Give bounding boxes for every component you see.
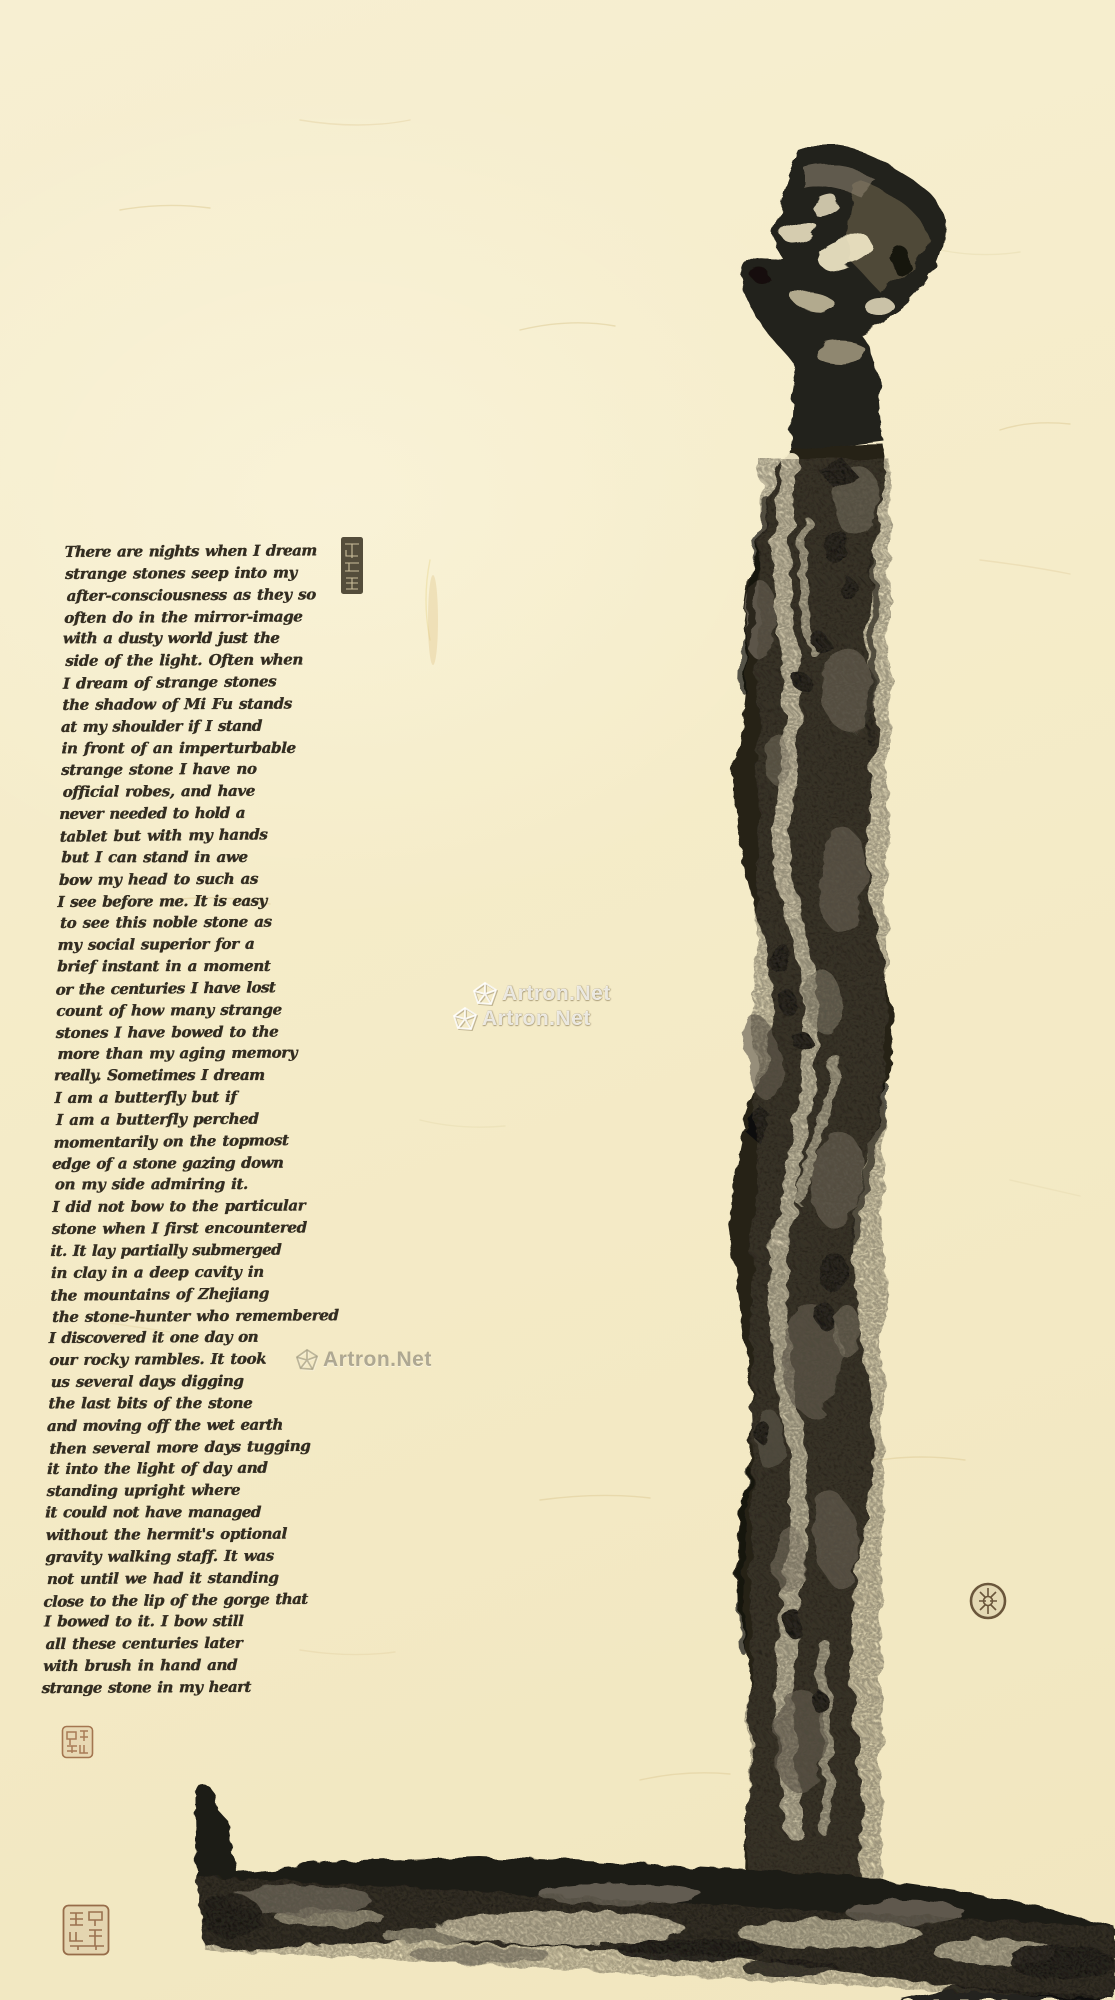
seal-red-lower-1 [63, 1727, 93, 1758]
inscription-line: it. It lay partially submerged [50, 1239, 351, 1263]
inscription-line: stones I have bowed to the [56, 1021, 356, 1045]
inscription-line: not until we had it standing [47, 1567, 345, 1591]
inscription-line: count of how many strange [56, 999, 356, 1023]
artwork-canvas: There are nights when I dreamstrange sto… [0, 0, 1115, 2000]
inscription-line: at my shoulder if I stand [61, 715, 362, 739]
rock-head [742, 146, 945, 454]
inscription-line: without the hermit's optional [45, 1523, 345, 1547]
inscription-line: in front of an imperturbable [61, 737, 361, 759]
inscription-line: I discovered it one day on [48, 1326, 349, 1350]
inscription-line: the shadow of Mi Fu stands [62, 693, 362, 717]
inscription-line: I did not bow to the particular [52, 1195, 352, 1219]
inscription-line: then several more days tugging [49, 1435, 347, 1460]
inscription-line: side of the light. Often when [65, 649, 363, 673]
inscription-line: and moving off the wet earth [47, 1414, 348, 1438]
inscription-line: bow my head to such as [59, 868, 359, 892]
inscription-line: it into the light of day and [47, 1458, 347, 1482]
inscription-line: tablet but with my hands [60, 823, 360, 848]
inscription-line: There are nights when I dream [64, 540, 365, 564]
inscription-line: stone when I first encountered [52, 1217, 352, 1241]
inscription-line: with brush in hand and [43, 1654, 343, 1678]
inscription-line: us several days digging [51, 1370, 349, 1394]
inscription-line: the stone-hunter who remembered [52, 1305, 350, 1329]
inscription-line: often do in the mirror-image [64, 606, 364, 630]
inscription-line: I bowed to it. I bow still [44, 1611, 344, 1633]
inscription-line: or the centuries I have lost [55, 976, 356, 1001]
inscription-line: I am a butterfly perched [56, 1108, 354, 1132]
rock-base [195, 1783, 1115, 2000]
inscription-line: our rocky rambles. It took [49, 1348, 349, 1372]
inscription-line: momentarily on the topmost [53, 1129, 353, 1154]
inscription-line: official robes, and have [62, 780, 360, 804]
inscription-line: never needed to hold a [59, 802, 360, 826]
inscription-line: the mountains of Zhejiang [50, 1282, 350, 1307]
inscription-line: in clay in a deep cavity in [51, 1261, 351, 1285]
inscription-line: more than my aging memory [57, 1042, 355, 1066]
inscription-line: to see this noble stone as [60, 911, 358, 935]
inscription-line: edge of a stone gazing down [52, 1152, 353, 1176]
inscription-line: strange stone in my heart [41, 1676, 342, 1700]
paper-stain [428, 575, 438, 665]
rock-column [728, 445, 894, 1892]
inscription-line: really. Sometimes I dream [54, 1065, 355, 1087]
inscription-line: strange stones seep into my [65, 562, 365, 586]
inscription-line: after-consciousness as they so [66, 584, 364, 608]
inscription-line: it could not have managed [45, 1502, 346, 1524]
inscription-line: all these centuries later [45, 1632, 343, 1656]
inscription-line: I dream of strange stones [63, 670, 363, 695]
seal-red-lower-2 [64, 1906, 109, 1955]
inscription-line: standing upright where [46, 1479, 346, 1503]
inscription-line: but I can stand in awe [61, 847, 359, 869]
inscription-line: on my side admiring it. [54, 1174, 352, 1196]
seal-round-right [971, 1584, 1005, 1618]
inscription-line: brief instant in a moment [57, 956, 357, 978]
inscription-line: close to the lip of the gorge that [43, 1588, 344, 1613]
inscription-block: There are nights when I dreamstrange sto… [42, 540, 365, 1700]
inscription-line: strange stone I have no [61, 758, 361, 782]
inscription-line: with a dusty world just the [62, 628, 363, 650]
inscription-line: the last bits of the stone [48, 1393, 348, 1415]
inscription-line: I am a butterfly but if [54, 1086, 354, 1110]
inscription-line: I see before me. It is easy [57, 890, 358, 914]
inscription-line: gravity walking staff. It was [45, 1545, 345, 1569]
inscription-line: my social superior for a [57, 933, 357, 957]
